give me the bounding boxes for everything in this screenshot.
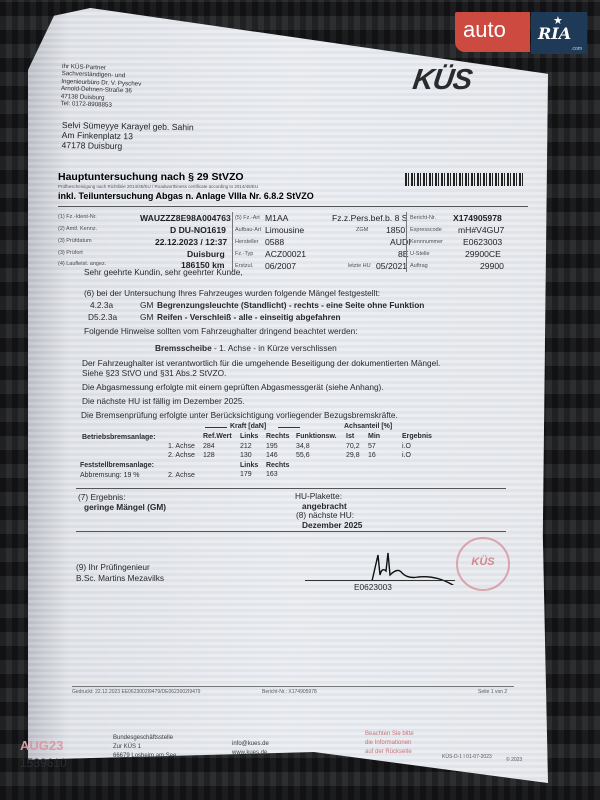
document-subtitle: Prüfbescheinigung nach Richtlinie 2014/4… <box>58 184 258 189</box>
field-label: ZGM <box>356 227 368 233</box>
column-header: Links <box>240 433 258 440</box>
result-value: geringe Mängel (GM) <box>84 502 166 512</box>
barcode <box>405 173 525 186</box>
id-number-value: E0623003 <box>463 237 502 247</box>
service-brake-label: Betriebsbremsanlage: <box>82 434 156 441</box>
office-line: Zur KÜS 1 <box>113 743 176 752</box>
inspection-place-value: Duisburg <box>187 249 225 259</box>
notes-intro: Folgende Hinweise sollten vom Fahrzeugha… <box>84 326 358 336</box>
column-header: Ergebnis <box>402 433 432 440</box>
document-title-secondary: inkl. Teiluntersuchung Abgas n. Anlage V… <box>58 191 314 201</box>
vehicle-type-value: ACZ00021 <box>265 249 306 259</box>
form-date: I 01-07-2023 <box>463 754 491 760</box>
vehicle-class-value: M1AA <box>265 213 288 223</box>
divider <box>76 488 506 489</box>
note-part: Bremsscheibe <box>155 343 212 353</box>
greeting: Sehr geehrte Kundin, sehr geehrter Kunde… <box>84 267 243 277</box>
column-divider <box>232 212 233 272</box>
right-cell: 146 <box>266 452 278 459</box>
emission-note: Die Abgasmessung erfolgte mit einem gepr… <box>82 382 384 392</box>
min-cell: 16 <box>368 452 376 459</box>
actual-cell: 70,2 <box>346 443 360 450</box>
responsibility-line: Der Fahrzeughalter ist verantwortlich fü… <box>82 358 440 368</box>
make-value: AUDI <box>390 237 411 247</box>
vin-value: WAUZZZ8E98A004763 <box>140 213 231 223</box>
field-label: (2) Amtl. Kennz. <box>58 226 97 232</box>
field-label: U-Stelle <box>410 251 430 257</box>
defect-code: 4.2.3a <box>90 300 113 310</box>
field-label: (3) Prüfdatum <box>58 238 92 244</box>
signature-icon <box>368 545 458 585</box>
field-label: (3) Prüfort <box>58 250 83 256</box>
next-hu-value: Dezember 2025 <box>302 520 362 530</box>
form-month: AUG23 <box>20 738 63 753</box>
function-cell: 34,8 <box>296 443 310 450</box>
back-page-notice: Beachten Sie bitte die Informationen auf… <box>365 730 414 757</box>
notice-line: die Informationen <box>365 739 414 748</box>
stamp-logo: KÜS <box>458 556 508 568</box>
ref-cell: 128 <box>203 452 215 459</box>
field-label: Fz.-Typ <box>235 251 253 257</box>
print-info: Gedruckt: 22.12.2023 EE0623002I9479/DE06… <box>72 689 200 695</box>
inspection-office-value: 29900CE <box>465 249 501 259</box>
braking-rate: Abbremsung: 19 % <box>80 472 140 479</box>
field-label: Expresscode <box>410 227 442 233</box>
next-hu-label: (8) nächste HU: <box>296 510 354 520</box>
actual-cell: 29,8 <box>346 452 360 459</box>
defect-code: D5.2.3a <box>88 312 117 322</box>
kus-logo: KÜS <box>411 64 474 97</box>
divider <box>76 531 506 532</box>
divider <box>278 427 300 428</box>
defects-intro: (6) bei der Untersuchung Ihres Fahrzeuge… <box>84 288 380 298</box>
column-header: Min <box>368 433 380 440</box>
page-indicator: Seite 1 von 2 <box>478 689 507 695</box>
axle-cell: 2. Achse <box>168 452 195 459</box>
field-label: Aufbau-Art <box>235 227 261 233</box>
divider <box>72 686 514 687</box>
field-label: (1) Fz.-Ident-Nr. <box>58 214 97 220</box>
field-label: Auftrag <box>410 263 428 269</box>
axle-cell: 1. Achse <box>168 443 195 450</box>
field-label: letzte HU <box>348 263 371 269</box>
defect-grade: GM <box>140 300 153 310</box>
column-header: Rechts <box>266 433 289 440</box>
axle-share-header: Achsanteil [%] <box>344 423 392 430</box>
function-cell: 55,6 <box>296 452 310 459</box>
result-cell: i.O <box>402 452 411 459</box>
field-label: Bericht-Nr. <box>410 215 436 221</box>
right-cell: 195 <box>266 443 278 450</box>
left-cell: 212 <box>240 443 252 450</box>
form-code: KÜS-D-1 I 01-07-2023 <box>442 754 492 760</box>
plakette-label: HU-Plakette: <box>295 491 342 501</box>
plate-value: D DU-NO1619 <box>170 225 226 235</box>
vehicle-category-value: Fz.z.Pers.bef.b. 8 S <box>332 213 407 223</box>
sender-address: Ihr KÜS-Partner Sachverständigen- und In… <box>60 63 141 110</box>
logo-auto-text: auto <box>463 17 506 43</box>
brake-note: Die Bremsenprüfung erfolgte unter Berück… <box>81 410 398 420</box>
contact-info: info@kues.de www.kues.de <box>232 740 269 758</box>
report-number-value: X174905978 <box>453 213 502 223</box>
column-header: Rechts <box>266 462 289 469</box>
official-stamp: KÜS <box>456 537 510 591</box>
body-type-value: Limousine <box>265 225 304 235</box>
footer-report-number: Bericht-Nr.: X174905978 <box>262 689 317 695</box>
office-address: Bundesgeschäftsstelle Zur KÜS 1 66679 Lo… <box>113 734 176 761</box>
defect-text: Reifen - Verschleiß - alle - einseitig a… <box>157 312 341 322</box>
email-link[interactable]: info@kues.de <box>232 740 269 749</box>
first-registration-value: 06/2007 <box>265 261 296 271</box>
inspection-date-value: 22.12.2023 / 12:37 <box>155 237 227 247</box>
copyright: © 2023 <box>506 757 522 763</box>
note-item: Bremsscheibe - 1. Achse - in Kürze versc… <box>155 343 337 353</box>
office-line: Bundesgeschäftsstelle <box>113 734 176 743</box>
left-cell: 179 <box>240 471 252 478</box>
notice-line: auf der Rückseite <box>365 748 414 757</box>
office-line: 66679 Losheim am See <box>113 752 176 761</box>
field-label: (5) Fz.-Art <box>235 215 260 221</box>
last-hu-value: 05/2021 <box>376 261 407 271</box>
field-label: Hersteller <box>235 239 259 245</box>
form-id: KÜS-D-1 <box>442 754 462 760</box>
logo-ria-text: RIA <box>538 24 571 43</box>
notice-line: Beachten Sie bitte <box>365 730 414 739</box>
defect-text: Begrenzungsleuchte (Standlicht) - rechts… <box>157 300 424 310</box>
column-header: Ref.Wert <box>203 433 232 440</box>
divider <box>205 427 227 428</box>
axle-cell: 2. Achse <box>168 472 195 479</box>
result-cell: i.O <box>402 443 411 450</box>
order-value: 29900 <box>480 261 504 271</box>
form-serial: 1539610 <box>20 756 67 770</box>
manufacturer-code-value: 0588 <box>265 237 284 247</box>
ref-cell: 284 <box>203 443 215 450</box>
column-header: Links <box>240 462 258 469</box>
column-divider <box>406 212 407 272</box>
document-title: Hauptuntersuchung nach § 29 StVZO <box>58 171 244 183</box>
express-code-value: mH#V4GU7 <box>458 225 504 235</box>
gross-weight-value: 1850 <box>386 225 405 235</box>
defect-grade: GM <box>140 312 153 322</box>
inspector-id: E0623003 <box>354 582 392 592</box>
inspector-label: (9) Ihr Prüfingenieur <box>76 562 150 572</box>
result-grade: Mängel (GM) <box>116 502 166 512</box>
inspector-name: B.Sc. Martins Mezavilks <box>76 573 164 583</box>
left-cell: 130 <box>240 452 252 459</box>
parking-brake-label: Feststellbremsanlage: <box>80 462 154 469</box>
right-cell: 163 <box>266 471 278 478</box>
column-header: Ist <box>346 433 354 440</box>
signature-line <box>305 580 455 581</box>
column-header: Funktionsw. <box>296 433 337 440</box>
field-label: Kennnummer <box>410 239 443 245</box>
website-link[interactable]: www.kues.de <box>232 749 269 758</box>
note-detail: - 1. Achse - in Kürze verschlissen <box>212 343 337 353</box>
result-label: (7) Ergebnis: <box>78 492 126 502</box>
autoria-logo: auto <box>455 12 530 52</box>
next-hu-note: Die nächste HU ist fällig im Dezember 20… <box>82 396 245 406</box>
autoria-logo-ria: ★ RIA .com <box>531 12 587 54</box>
force-header: Kraft [daN] <box>230 423 266 430</box>
result-prefix: geringe <box>84 502 116 512</box>
divider <box>58 206 528 207</box>
responsibility-line: Siehe §23 StVO und §31 Abs.2 StVZO. <box>82 368 226 378</box>
min-cell: 57 <box>368 443 376 450</box>
recipient-address: Selvi Sümeyye Karayel geb. Sahin Am Fink… <box>61 120 193 152</box>
logo-com-text: .com <box>571 46 582 52</box>
